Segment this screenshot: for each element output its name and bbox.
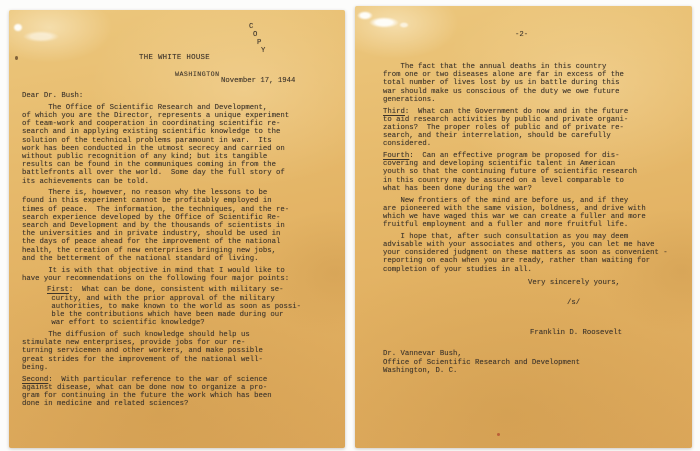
- point-fourth: Fourth: Can an effective program be prop…: [383, 152, 688, 193]
- letter-body-page-2: The fact that the annual deaths in this …: [383, 63, 688, 375]
- date-line: November 17, 1944: [221, 77, 295, 85]
- point-first-text: : What can be done, consistent with mili…: [47, 286, 301, 327]
- para-consultation-request: I hope that, after such consultation as …: [383, 233, 688, 274]
- para-osrd-overview: The Office of Scientific Research and De…: [22, 104, 337, 186]
- point-third: Third: What can the Government do now an…: [383, 108, 688, 149]
- page-number: -2-: [515, 31, 528, 39]
- para-four-points-intro: It is with that objective in mind that I…: [22, 267, 337, 283]
- copy-stamp-letter: O: [253, 31, 257, 39]
- copy-stamp-letter: Y: [261, 47, 265, 55]
- point-first: First: What can be done, consistent with…: [47, 286, 337, 327]
- letter-page-2: -2- The fact that the annual deaths in t…: [355, 6, 692, 448]
- point-first-label: First: [47, 286, 69, 294]
- letterhead-title: THE WHITE HOUSE: [139, 54, 210, 62]
- letter-body-page-1: Dear Dr. Bush: The Office of Scientific …: [22, 92, 337, 412]
- signature-mark: /s/: [567, 299, 688, 307]
- point-second-label: Second: [22, 376, 48, 384]
- scanned-letter-view: C O P Y THE WHITE HOUSE WASHINGTON Novem…: [0, 0, 700, 451]
- paper-damage: [13, 23, 23, 32]
- paper-speck: [15, 56, 18, 60]
- point-fourth-label: Fourth: [383, 152, 409, 160]
- copy-stamp-letter: P: [257, 39, 261, 47]
- paper-damage: [23, 31, 59, 42]
- point-second: Second: With particular reference to the…: [22, 376, 337, 409]
- recipient-address: Dr. Vannevar Bush, Office of Scientific …: [383, 350, 688, 375]
- letter-page-1: C O P Y THE WHITE HOUSE WASHINGTON Novem…: [9, 10, 345, 448]
- para-annual-deaths: The fact that the annual deaths in this …: [383, 63, 688, 104]
- paper-speck: [497, 433, 500, 436]
- point-third-text: : What can the Government do now and in …: [383, 108, 628, 149]
- copy-stamp-letter: C: [249, 23, 253, 31]
- signature-name: Franklin D. Roosevelt: [530, 329, 688, 337]
- point-fourth-text: : Can an effective program be proposed f…: [383, 152, 637, 193]
- paper-damage: [369, 17, 399, 28]
- para-lessons-of-peace: There is, however, no reason why the les…: [22, 189, 337, 263]
- point-third-label: Third: [383, 108, 405, 116]
- salutation: Dear Dr. Bush:: [22, 92, 337, 100]
- para-diffusion-of-knowledge: The diffusion of such knowledge should h…: [22, 331, 337, 372]
- closing-line: Very sincerely yours,: [528, 279, 688, 287]
- para-new-frontiers: New frontiers of the mind are before us,…: [383, 197, 688, 230]
- letterhead-city: WASHINGTON: [175, 71, 220, 78]
- paper-damage: [399, 22, 409, 28]
- point-second-text: : With particular reference to the war o…: [22, 376, 272, 409]
